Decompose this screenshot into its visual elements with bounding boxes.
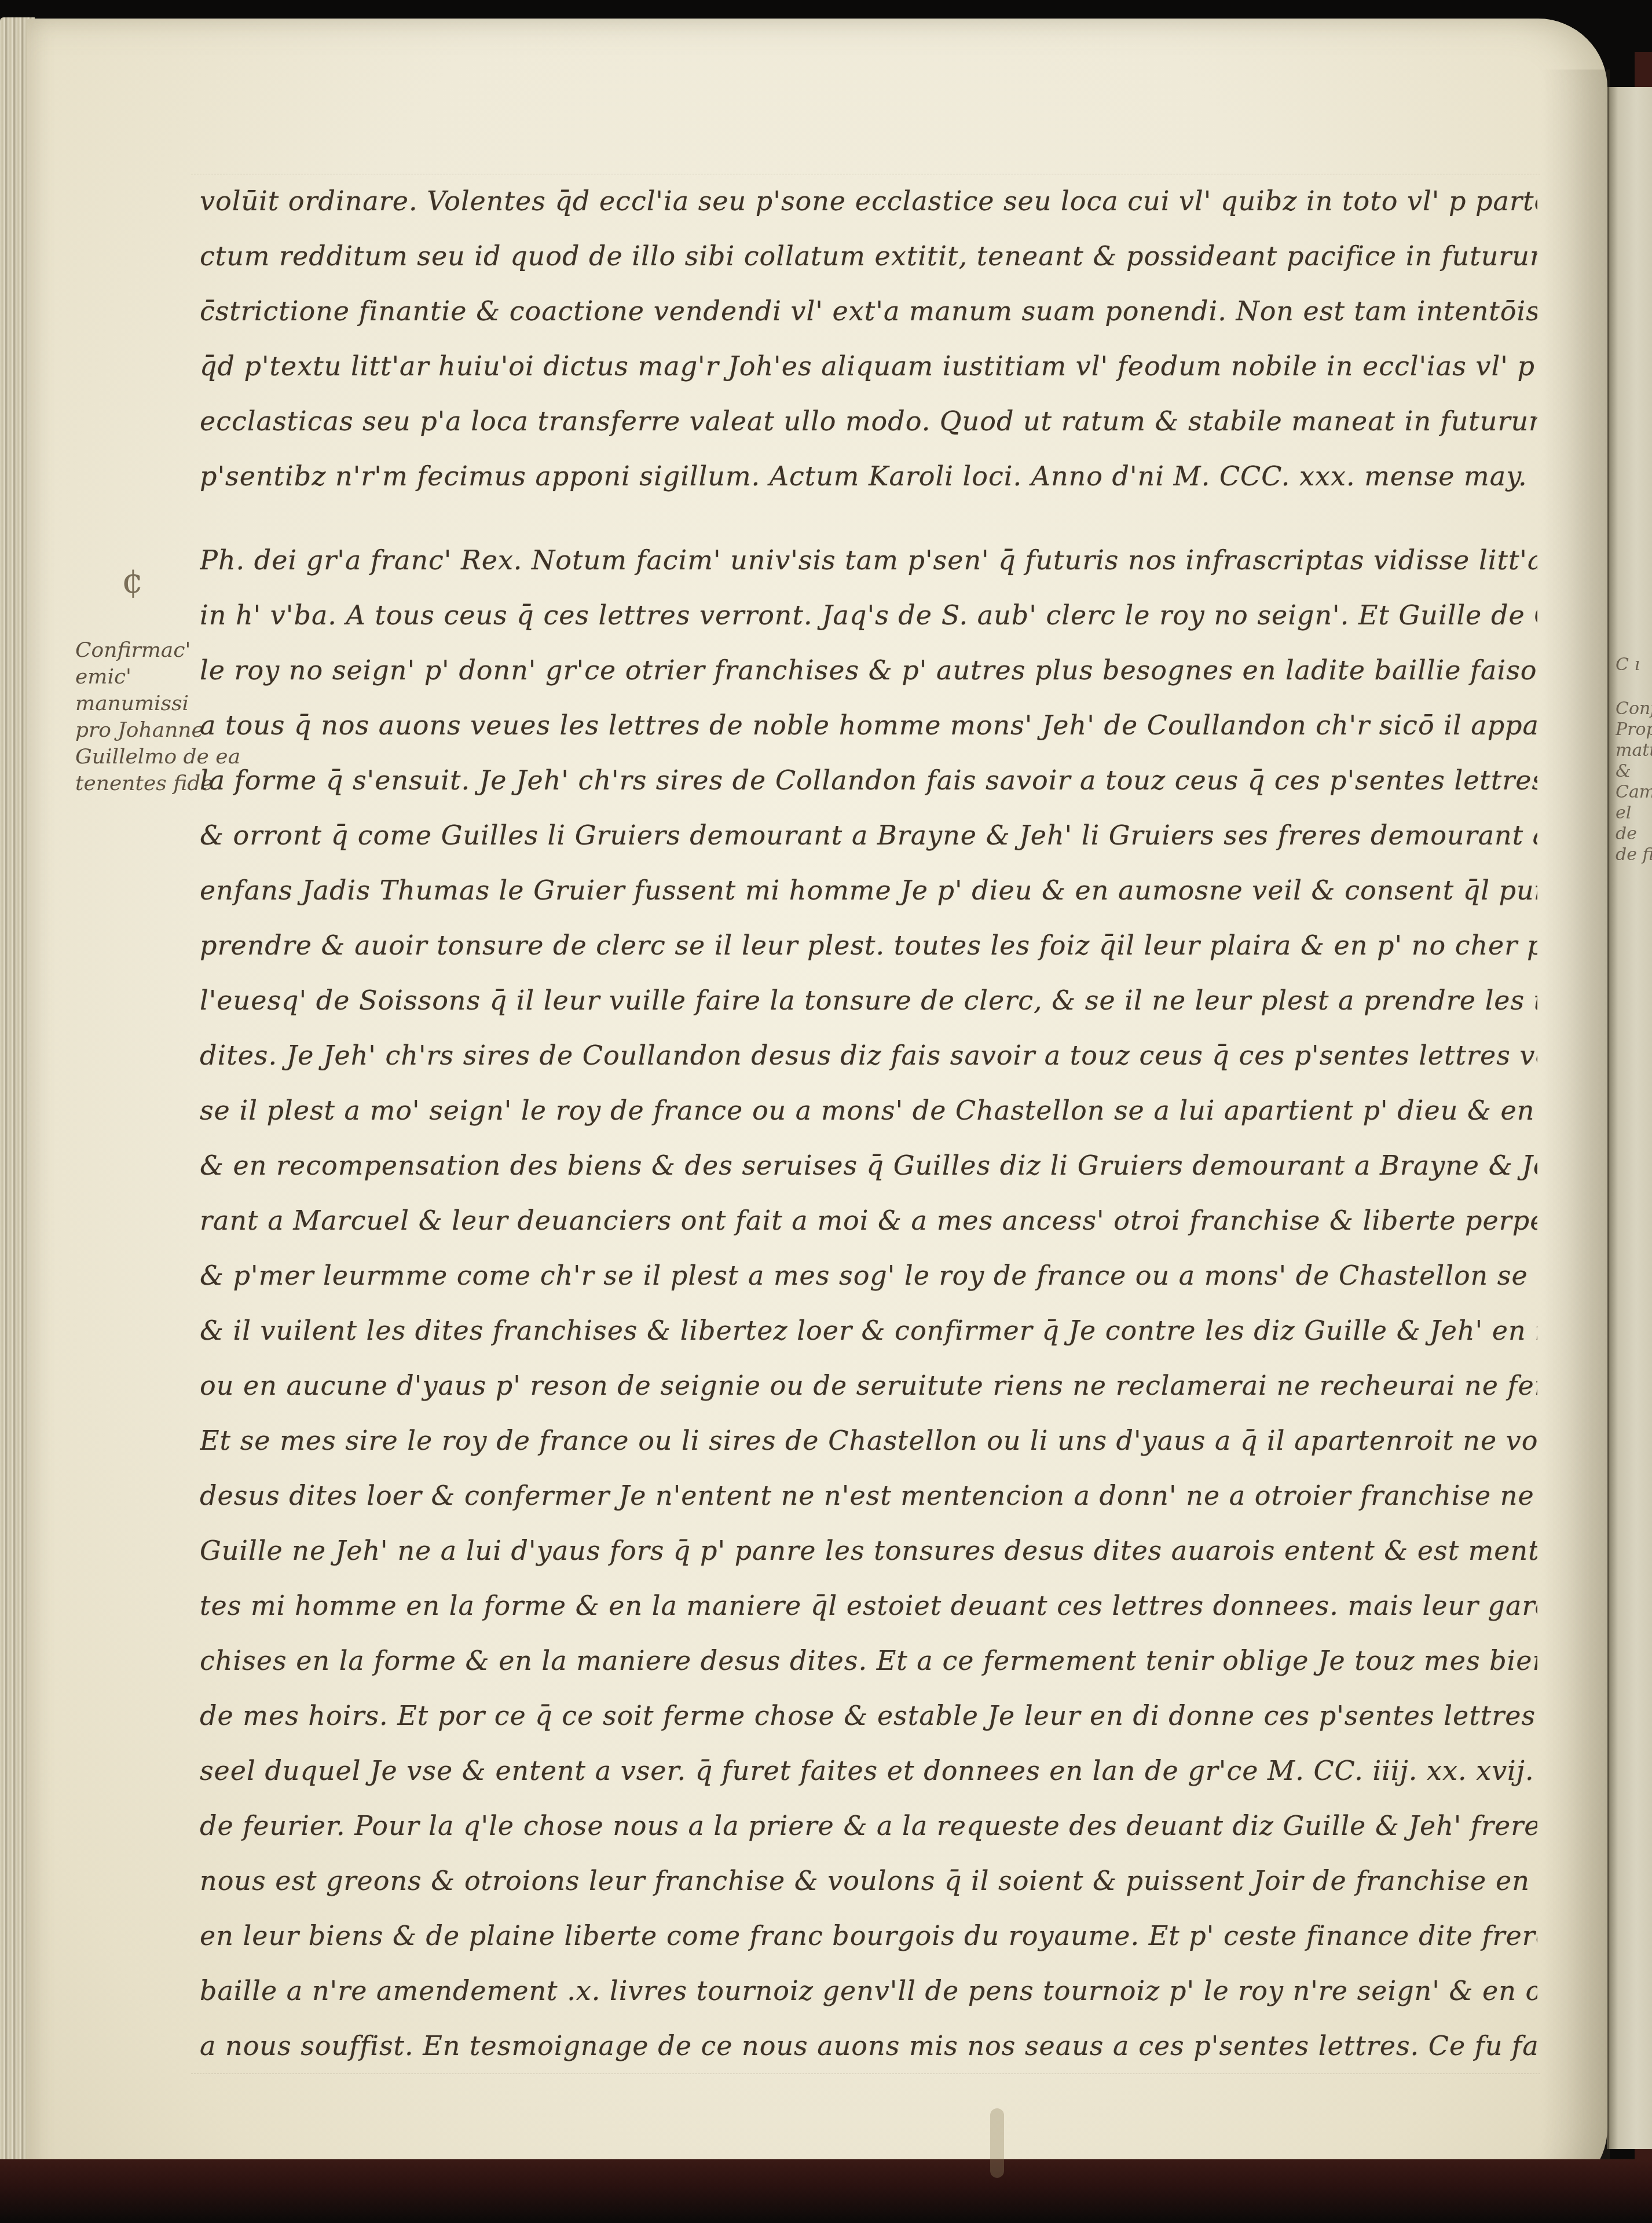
margin-note-line: de fi [1616, 844, 1652, 865]
text-line: dites. Je Jeh' ch'rs sires de Coullandon… [200, 1028, 1537, 1083]
text-line: & il vuilent les dites franchises & libe… [200, 1303, 1537, 1358]
text-line: le roy no seign' p' donn' gr'ce otrier f… [200, 643, 1537, 698]
text-line: de feurier. Pour la q'le chose nous a la… [200, 1798, 1537, 1853]
facing-page-edge [1607, 87, 1652, 2149]
margin-note-mark: Ⅽ ı [1616, 655, 1652, 675]
text-line: a tous q̄ nos auons veues les lettres de… [200, 698, 1537, 753]
text-line: desus dites loer & confermer Je n'entent… [200, 1468, 1537, 1523]
text-line: l'euesq' de Soissons q̄ il leur vuille f… [200, 973, 1537, 1028]
text-line: Guille ne Jeh' ne a lui d'yaus fors q̄ p… [200, 1523, 1537, 1578]
text-line: tes mi homme en la forme & en la maniere… [200, 1578, 1537, 1633]
text-line: ou en aucune d'yaus p' reson de seignie … [200, 1358, 1537, 1413]
text-line: nous est greons & otroions leur franchis… [200, 1853, 1537, 1908]
margin-note-line: matth [1616, 740, 1652, 761]
text-line: ecclasticas seu p'a loca transferre vale… [200, 394, 1537, 449]
text-line: chises en la forme & en la maniere desus… [200, 1633, 1537, 1688]
main-text-block: volūit ordinare. Volentes q̄d eccl'ia se… [200, 174, 1537, 2074]
margin-note-line: el de [1616, 803, 1652, 844]
text-line: prendre & auoir tonsure de clerc se il l… [200, 918, 1537, 973]
text-line: & en recompensation des biens & des seru… [200, 1138, 1537, 1193]
text-line: q̄d p'textu litt'ar huiu'oi dictus mag'r… [200, 339, 1537, 394]
text-line: seel duquel Je vse & entent a vser. q̄ f… [200, 1743, 1537, 1798]
text-line: baille a n're amendement .x. livres tour… [200, 1964, 1537, 2019]
text-line: in h' v'ba. A tous ceus q̄ ces lettres v… [200, 588, 1537, 643]
left-margin-mark: ¢ [122, 568, 144, 594]
text-line: ctum redditum seu id quod de illo sibi c… [200, 229, 1537, 284]
text-line: & orront q̄ come Guilles li Gruiers demo… [200, 808, 1537, 863]
text-line: volūit ordinare. Volentes q̄d eccl'ia se… [200, 174, 1537, 229]
gutter-shadow [1540, 70, 1610, 2166]
margin-note-line: & Cam [1616, 761, 1652, 803]
text-line: a nous souffist. En tesmoignage de ce no… [200, 2019, 1537, 2074]
text-line: rant a Marcuel & leur deuanciers ont fai… [200, 1193, 1537, 1248]
text-line: enfans Jadis Thumas le Gruier fussent mi… [200, 863, 1537, 918]
text-line: p'sentibz n'r'm fecimus apponi sigillum.… [200, 449, 1537, 504]
ink-stain [990, 2108, 1004, 2178]
text-line: c̄strictione finantie & coactione venden… [200, 284, 1537, 339]
margin-note-line: Prop'n [1616, 719, 1652, 740]
text-line: de mes hoirs. Et por ce q̄ ce soit ferme… [200, 1688, 1537, 1743]
text-line: & p'mer leurmme come ch'r se il plest a … [200, 1248, 1537, 1303]
text-line: se il plest a mo' seign' le roy de franc… [200, 1083, 1537, 1138]
right-margin-note: Ⅽ ı Confirm Prop'n matth & Cam el de de … [1616, 655, 1652, 865]
text-line: en leur biens & de plaine liberte come f… [200, 1908, 1537, 1964]
book-binding-bottom [0, 2159, 1652, 2223]
text-line-initial: Ph. dei gr'a franc' Rex. Notum facim' un… [200, 533, 1537, 588]
text-line: Et se mes sire le roy de france ou li si… [200, 1413, 1537, 1468]
ruling-line [191, 2074, 1540, 2075]
text-line: la forme q̄ s'ensuit. Je Jeh' ch'rs sire… [200, 753, 1537, 808]
margin-note-line: Confirm [1616, 699, 1652, 719]
